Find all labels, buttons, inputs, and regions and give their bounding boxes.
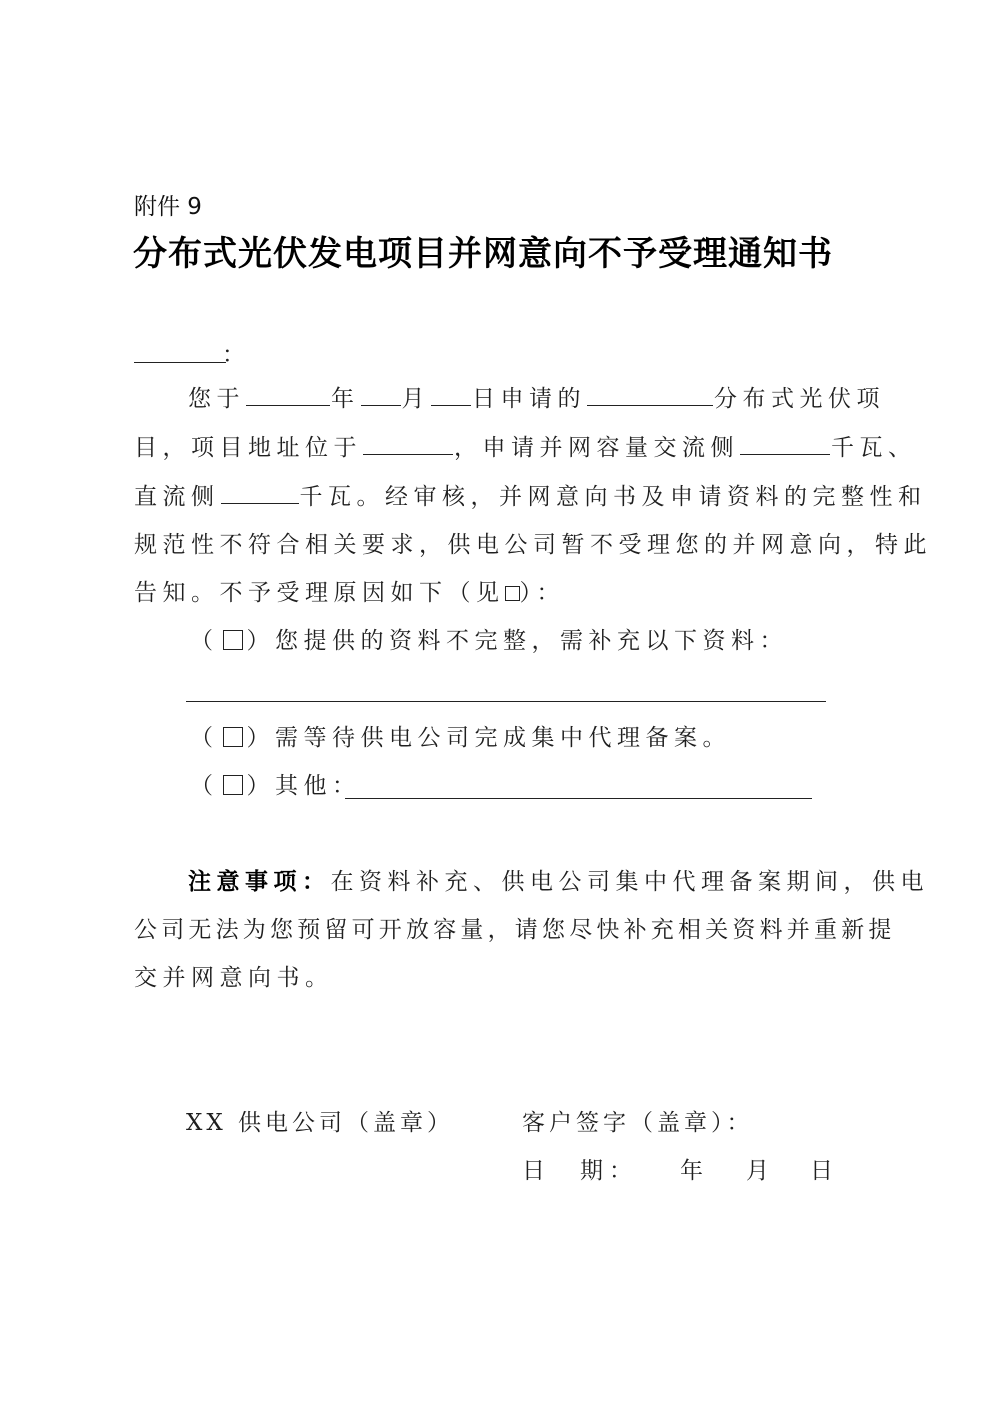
text-nin-yu: 您于 [188, 386, 245, 412]
paragraph-line-3: 直流侧千瓦。经审核，并网意向书及申请资料的完整性和 [134, 481, 927, 512]
paren-close: ） [247, 773, 276, 799]
paren-open: （ [190, 725, 219, 751]
reason-label-incomplete: 您提供的资料不完整，需补充以下资料： [275, 628, 788, 654]
address-blank[interactable] [363, 432, 453, 455]
other-reason-blank[interactable] [345, 798, 812, 799]
reason-item-other: （）其他： [190, 771, 361, 801]
recipient-blank[interactable] [134, 362, 226, 363]
document-title: 分布式光伏发电项目并网意向不予受理通知书 [133, 226, 833, 275]
reason-item-incomplete: （）您提供的资料不完整，需补充以下资料： [190, 626, 788, 656]
company-seal-label: XX 供电公司（盖章） [186, 1108, 454, 1138]
date-day: 日 [810, 1156, 839, 1186]
attachment-label: 附件 9 [134, 188, 202, 221]
reason-checkbox-other[interactable] [223, 775, 243, 795]
salutation-colon: ： [222, 340, 251, 370]
paragraph-line-1: 您于年月日申请的分布式光伏项 [188, 383, 885, 414]
reason-checkbox-agency-filing[interactable] [223, 727, 243, 747]
text-reasons-intro: 告知。不予受理原因如下（见 [134, 580, 505, 606]
notice-line-3: 交并网意向书。 [134, 963, 334, 993]
text-project: 分布式光伏项 [714, 386, 885, 412]
date-year: 年 [680, 1156, 709, 1186]
text-year: 年 [331, 386, 360, 412]
reason-label-other: 其他： [275, 773, 361, 799]
text-dc-side: 直流侧 [134, 484, 220, 510]
reason-item-agency-filing: （）需等待供电公司完成集中代理备案。 [190, 723, 731, 753]
paragraph-line-4: 规范性不符合相关要求，供电公司暂不受理您的并网意向，特此 [134, 530, 932, 560]
text-reasons-close: ）： [520, 580, 566, 606]
date-label: 日 期： [522, 1156, 638, 1186]
applicant-blank[interactable] [587, 383, 713, 406]
paragraph-line-5: 告知。不予受理原因如下（见）： [134, 578, 565, 608]
date-month: 月 [746, 1156, 775, 1186]
supplement-materials-blank[interactable] [186, 701, 826, 702]
text-day-applied: 日申请的 [472, 386, 586, 412]
text-project-address: 目，项目地址位于 [134, 435, 362, 461]
paren-close: ） [247, 725, 276, 751]
paren-open: （ [190, 628, 219, 654]
text-month: 月 [402, 386, 431, 412]
text-kw-1: 千瓦、 [831, 435, 917, 461]
notice-line-1: 注意事项：在资料补充、供电公司集中代理备案期间，供电 [188, 867, 929, 897]
day-blank[interactable] [431, 383, 471, 406]
month-blank[interactable] [361, 383, 401, 406]
year-blank[interactable] [246, 383, 330, 406]
ac-capacity-blank[interactable] [740, 432, 830, 455]
customer-signature-label: 客户签字（盖章）： [522, 1108, 754, 1138]
checkbox-legend-icon [505, 586, 520, 601]
notice-heading: 注意事项： [188, 868, 331, 895]
reason-label-agency-filing: 需等待供电公司完成集中代理备案。 [275, 725, 731, 751]
paren-close: ） [247, 628, 276, 654]
text-review: 千瓦。经审核，并网意向书及申请资料的完整性和 [300, 484, 927, 510]
reason-checkbox-incomplete[interactable] [223, 630, 243, 650]
dc-capacity-blank[interactable] [221, 481, 299, 504]
paragraph-line-2: 目，项目地址位于，申请并网容量交流侧千瓦、 [134, 432, 917, 463]
text-ac-capacity: ，申请并网容量交流侧 [454, 435, 739, 461]
paren-open: （ [190, 773, 219, 799]
notice-text-1: 在资料补充、供电公司集中代理备案期间，供电 [331, 869, 930, 895]
notice-line-2: 公司无法为您预留可开放容量，请您尽快补充相关资料并重新提 [134, 915, 896, 945]
